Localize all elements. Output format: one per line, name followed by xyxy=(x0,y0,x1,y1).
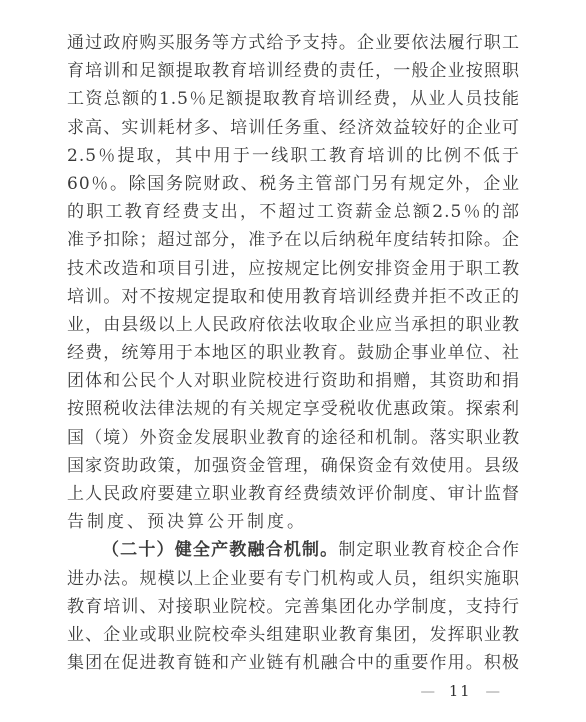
paragraph-line: 国家资助政策，加强资金管理，确保资金有效使用。县级以 xyxy=(67,452,520,480)
paragraph-line: 按照税收法律法规的有关规定享受税收优惠政策。探索利用 xyxy=(67,395,520,423)
footer-left-dash: — xyxy=(421,684,436,700)
paragraph-line: 60％。除国务院财政、税务主管部门另有规定外，企业发生 xyxy=(67,170,520,198)
footer-right-dash: — xyxy=(486,684,501,700)
page-number: 11 xyxy=(449,684,471,700)
paragraph-line: 教育培训、对接职业院校。完善集团化办学制度，支持行 xyxy=(67,593,520,621)
paragraph-line: 求高、实训耗材多、培训任务重、经济效益较好的企业可按 xyxy=(67,114,520,142)
paragraph-line: 国（境）外资金发展职业教育的途径和机制。落实职业教育 xyxy=(67,424,520,452)
paragraph-line: 工资总额的1.5％足额提取教育培训经费，从业人员技能要 xyxy=(67,85,520,113)
paragraph-line: 育培训和足额提取教育培训经费的责任，一般企业按照职工 xyxy=(67,57,520,85)
section-heading-bold: （二十）健全产教融合机制。 xyxy=(102,540,338,560)
paragraph-line: 经费，统筹用于本地区的职业教育。鼓励企事业单位、社会 xyxy=(67,339,520,367)
paragraph-line: 业，由县级以上人民政府依法收取企业应当承担的职业教育 xyxy=(67,311,520,339)
page-number-footer: —11— xyxy=(421,684,500,700)
paragraph-line: 团体和公民个人对职业院校进行资助和捐赠，其资助和捐赠 xyxy=(67,367,520,395)
paragraph-line: 业、企业或职业院校牵头组建职业教育集团，发挥职业教育 xyxy=(67,621,520,649)
text-block: 通过政府购买服务等方式给予支持。企业要依法履行职工教 育培训和足额提取教育培训经… xyxy=(67,29,520,677)
paragraph-line: 技术改造和项目引进，应按规定比例安排资金用于职工教育 xyxy=(67,255,520,283)
document-page: 通过政府购买服务等方式给予支持。企业要依法履行职工教 育培训和足额提取教育培训经… xyxy=(0,0,586,722)
paragraph-last-line: 告制度、预决算公开制度。 xyxy=(67,508,520,536)
paragraph-line: 通过政府购买服务等方式给予支持。企业要依法履行职工教 xyxy=(67,29,520,57)
paragraph-line: 培训。对不按规定提取和使用教育培训经费并拒不改正的企 xyxy=(67,283,520,311)
paragraph-line: 进办法。规模以上企业要有专门机构或人员，组织实施职工 xyxy=(67,565,520,593)
paragraph-line: 2.5％提取，其中用于一线职工教育培训的比例不低于 xyxy=(67,142,520,170)
paragraph-line: 上人民政府要建立职业教育经费绩效评价制度、审计监督公 xyxy=(67,480,520,508)
paragraph-line: 的职工教育经费支出，不超过工资薪金总额2.5％的部分， xyxy=(67,198,520,226)
paragraph-line: 集团在促进教育链和产业链有机融合中的重要作用。积极探 xyxy=(67,649,520,677)
paragraph-line: 准予扣除；超过部分，准予在以后纳税年度结转扣除。企业 xyxy=(67,226,520,254)
section-heading-line: （二十）健全产教融合机制。制定职业教育校企合作促 xyxy=(67,536,520,564)
